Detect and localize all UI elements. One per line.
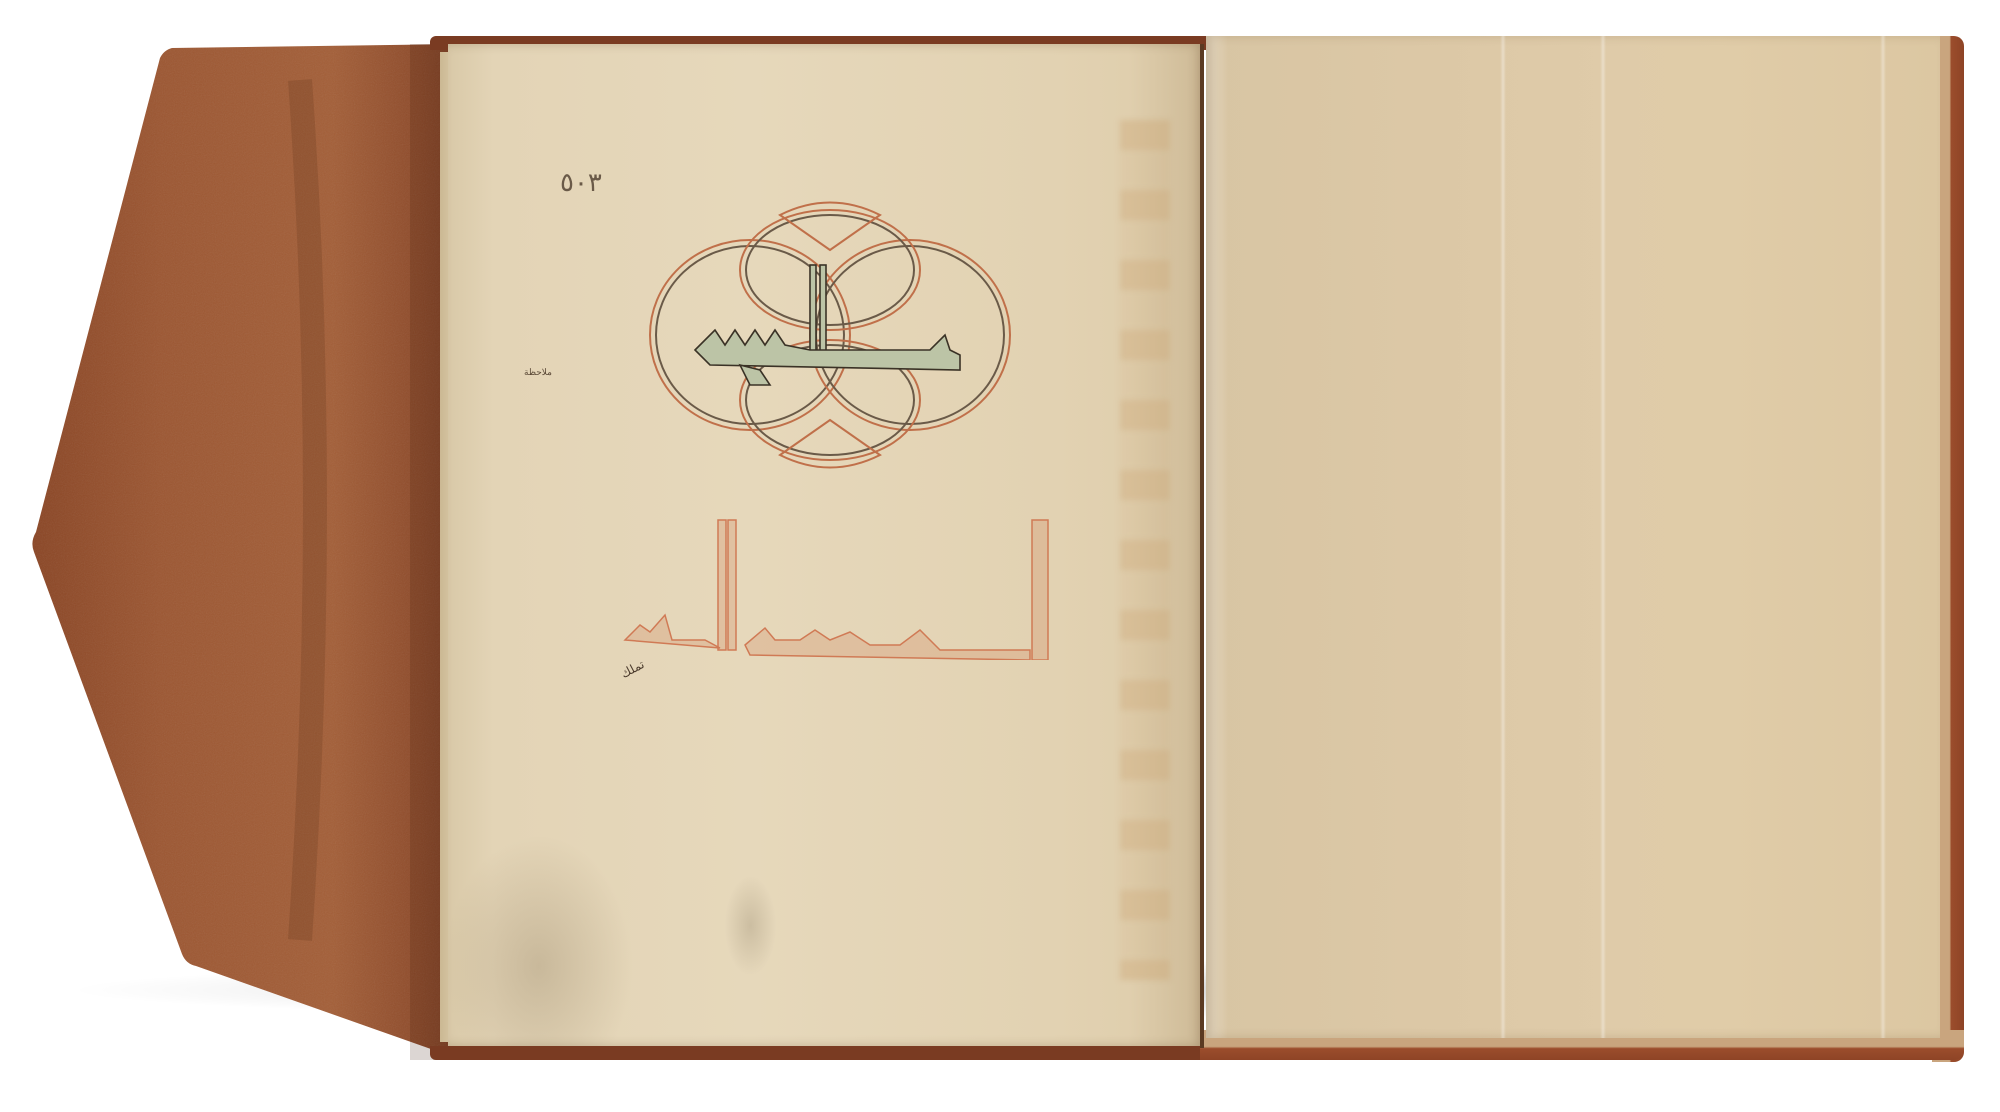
manuscript-photo: ٥٠٣ ملاحظة تملك <box>0 0 2000 1112</box>
tissue-crease <box>1600 36 1606 1038</box>
spine-bottom-edge <box>430 1046 1230 1060</box>
red-kufic-heading <box>600 500 1060 660</box>
right-page-tissue <box>1206 36 1940 1038</box>
tissue-crease <box>1880 36 1886 1038</box>
folio-number: ٥٠٣ <box>560 168 602 198</box>
kufic-medallion <box>600 170 1060 490</box>
gutter <box>1200 44 1204 1048</box>
tissue-crease <box>1500 36 1506 1038</box>
margin-note-upper: ملاحظة <box>492 367 552 379</box>
gutter-water-stain <box>1120 120 1170 980</box>
leather-flap <box>0 0 470 1112</box>
